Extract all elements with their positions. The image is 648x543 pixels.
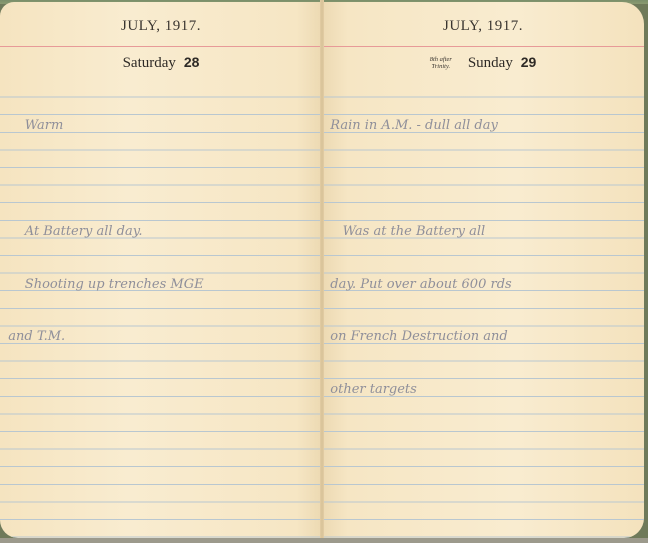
entry-line: on French Destruction and [322, 328, 644, 346]
red-header-rule-right [322, 46, 644, 47]
entry-line: and T.M. [0, 328, 322, 346]
handwritten-entry-left: Warm At Battery all day. Shooting up tre… [0, 82, 322, 381]
right-page: JULY, 1917. 8th after Trinity. Sunday 29… [322, 2, 644, 538]
handwritten-entry-right: Rain in A.M. - dull all day Was at the B… [322, 82, 644, 434]
entry-line [0, 170, 322, 188]
entry-line: Warm [0, 117, 322, 135]
page-bottom-edge [0, 538, 648, 543]
entry-line [322, 170, 644, 188]
day-number-right: 29 [521, 54, 537, 70]
entry-line: Was at the Battery all [322, 223, 644, 241]
day-name-left: Saturday [123, 55, 176, 71]
liturgical-note-line1: 8th after [430, 56, 452, 63]
entry-line: Rain in A.M. - dull all day [322, 117, 644, 135]
entry-line: At Battery all day. [0, 223, 322, 241]
entry-line: Shooting up trenches MGE [0, 276, 322, 294]
left-page: JULY, 1917. Saturday 28 Warm At Battery … [0, 2, 322, 538]
liturgical-note-line2: Trinity. [432, 63, 451, 70]
diary-spread: JULY, 1917. Saturday 28 Warm At Battery … [0, 0, 648, 543]
book-gutter [320, 0, 324, 543]
day-heading-left: Saturday 28 [0, 54, 322, 72]
day-heading-right: 8th after Trinity. Sunday 29 [322, 54, 644, 72]
month-header-left: JULY, 1917. [0, 18, 322, 35]
liturgical-note: 8th after Trinity. [430, 56, 452, 70]
entry-line: day. Put over about 600 rds [322, 276, 644, 294]
month-header-right: JULY, 1917. [322, 18, 644, 35]
red-header-rule-left [0, 46, 322, 47]
entry-line: other targets [322, 381, 644, 399]
day-number-left: 28 [184, 54, 200, 70]
day-name-right: Sunday [468, 55, 513, 71]
